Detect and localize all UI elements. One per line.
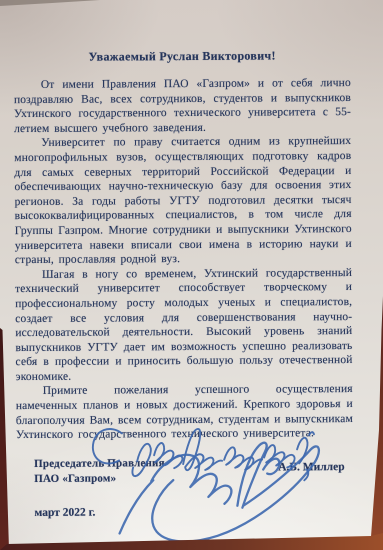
signer-title-line1: Председатель Правления [34, 456, 165, 472]
signer-name: А.Б. Миллер [278, 461, 344, 473]
letter-content: Уважаемый Руслан Викторович! От имени Пр… [0, 0, 383, 550]
paragraph-2: Университет по праву считается одним из … [14, 134, 352, 267]
letter-photo: Уважаемый Руслан Викторович! От имени Пр… [0, 0, 383, 550]
salutation: Уважаемый Руслан Викторович! [14, 47, 351, 65]
signer-title-line2: ПАО «Газпром» [34, 471, 165, 487]
paragraph-4: Примите пожелания успешного осуществлени… [16, 382, 353, 442]
paragraph-3: Шагая в ногу со временем, Ухтинский госу… [15, 266, 353, 385]
paragraph-1: От имени Правления ПАО «Газпром» и от се… [14, 76, 351, 136]
signer-title: Председатель Правления ПАО «Газпром» [34, 456, 165, 487]
letter-body: От имени Правления ПАО «Газпром» и от се… [14, 76, 353, 443]
letter-date: март 2022 г. [34, 507, 95, 519]
